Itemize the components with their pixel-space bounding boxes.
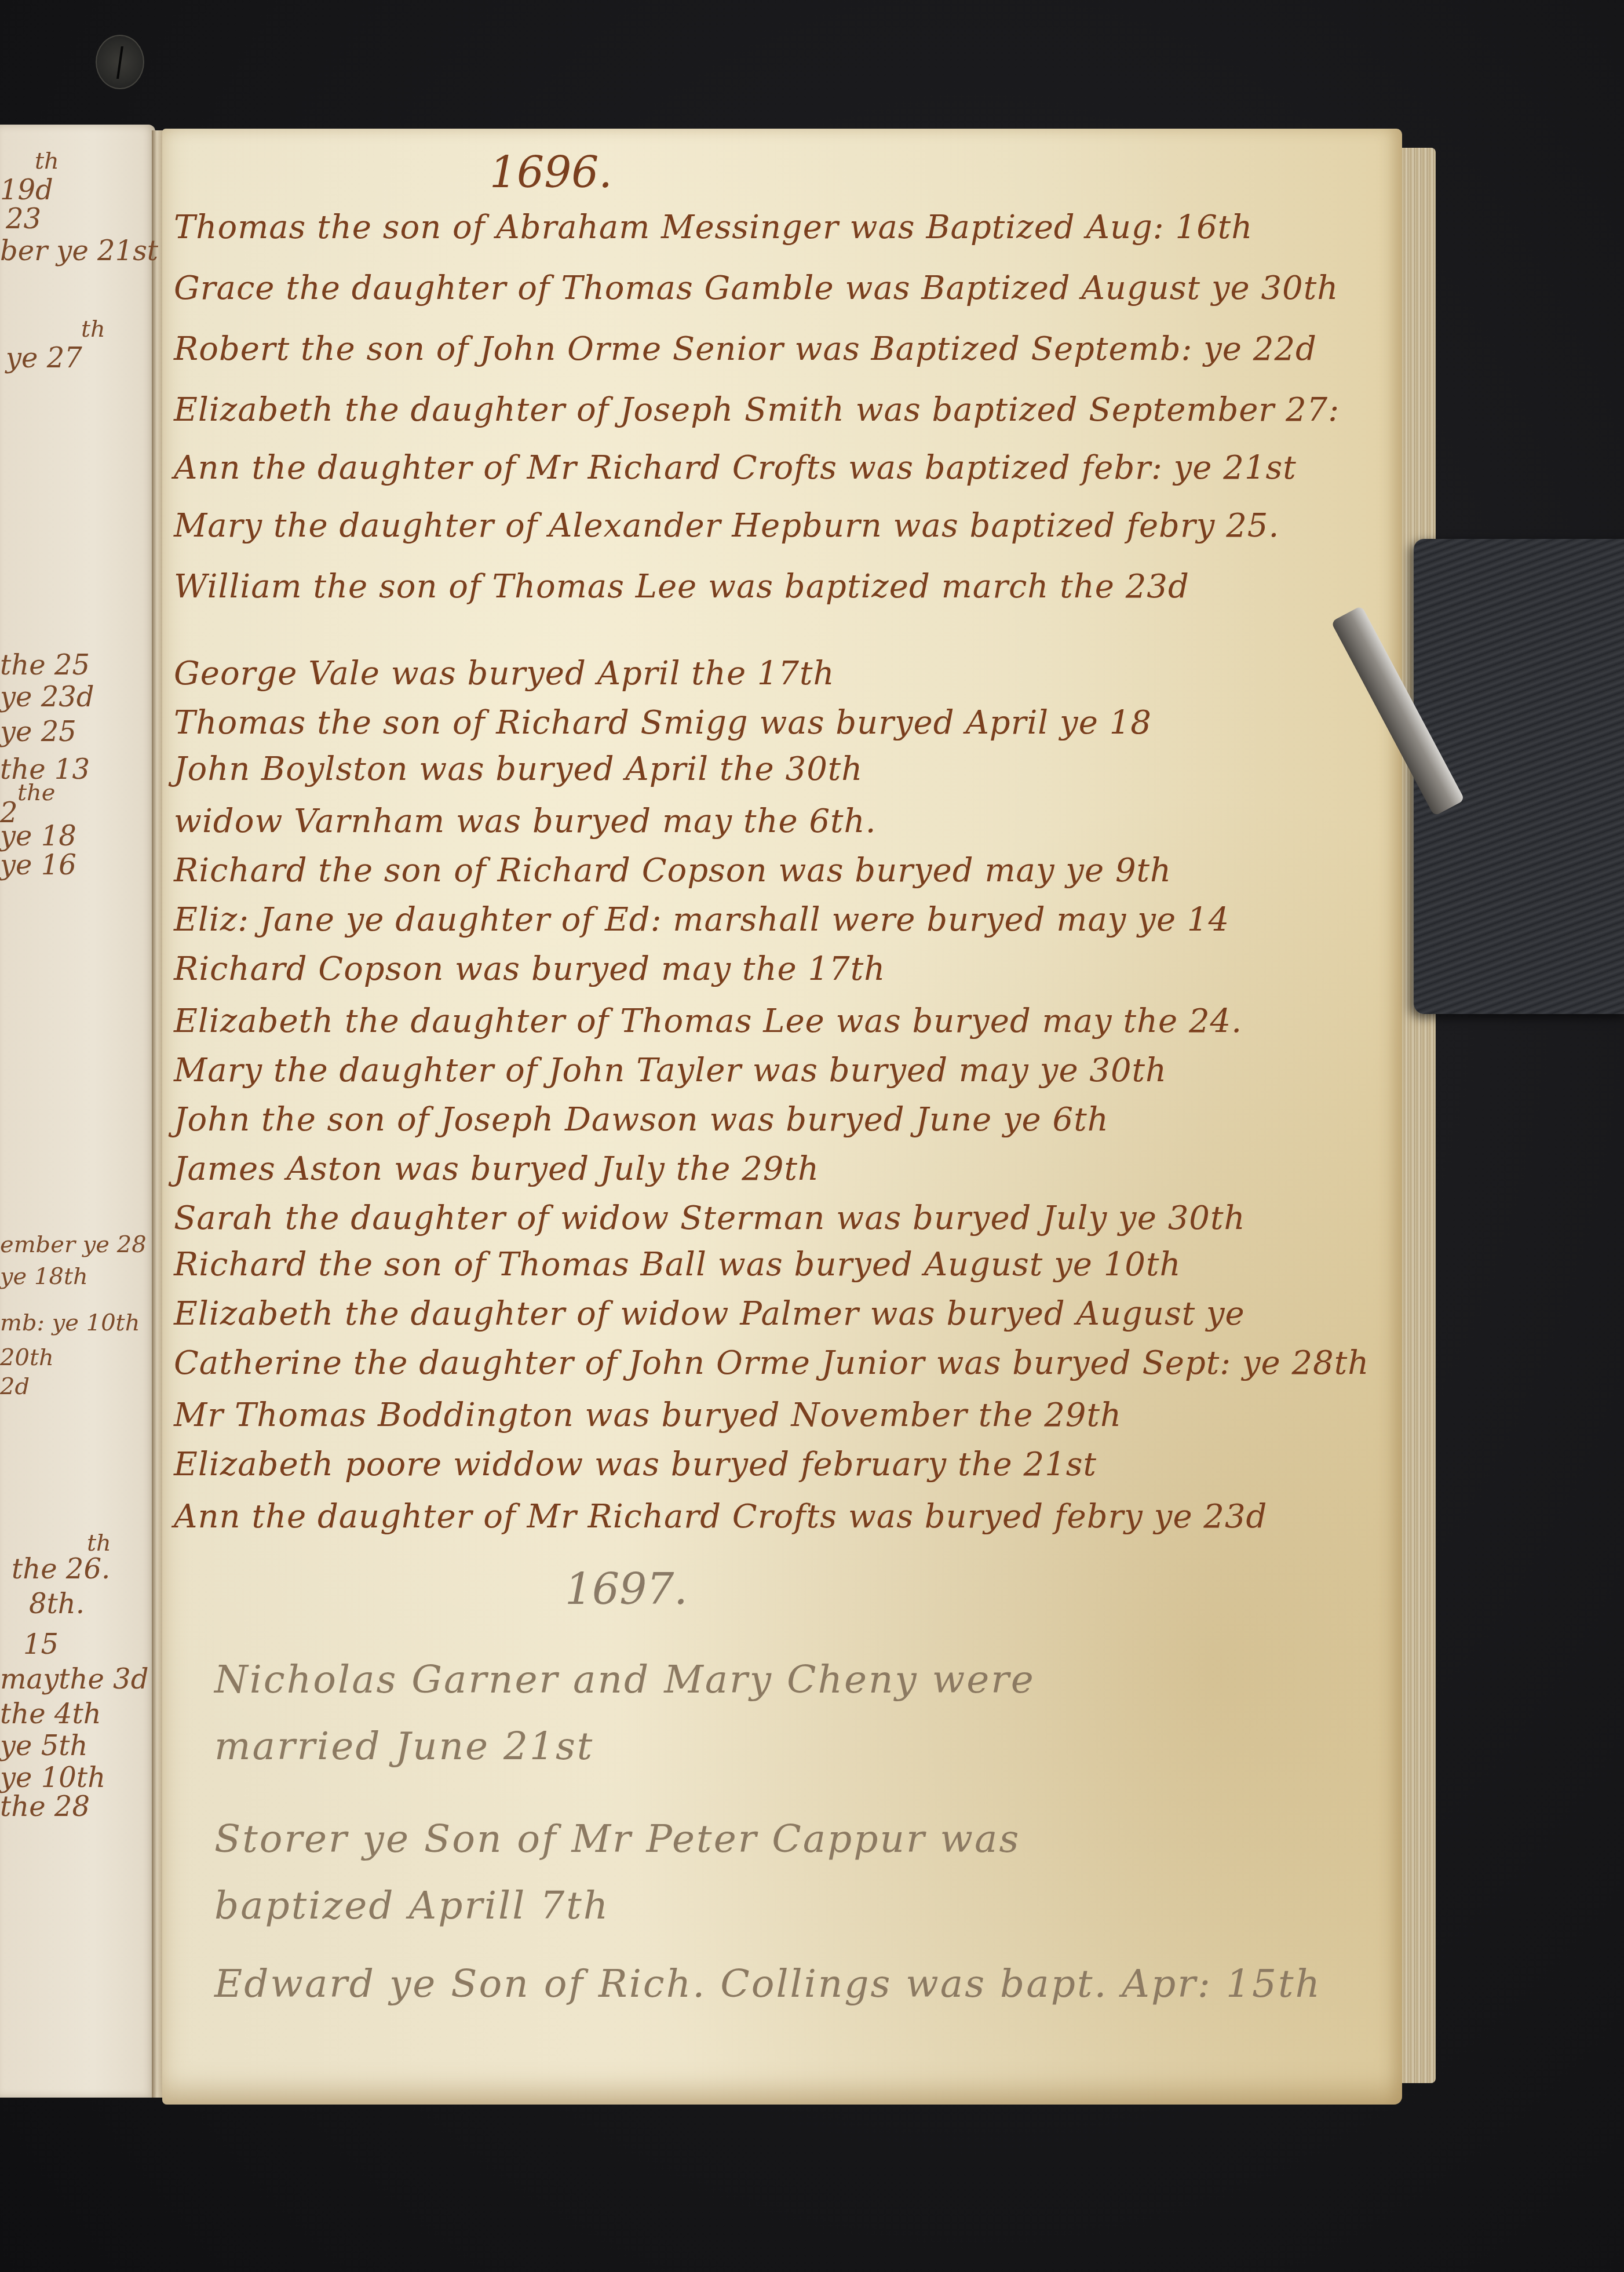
margin-note: ber ye 21st [0, 235, 158, 267]
margin-note: 2d [0, 1373, 30, 1400]
baptism-entry: Elizabeth the daughter of Joseph Smith w… [174, 391, 1340, 429]
burial-entry: John Boylston was buryed April the 30th [174, 750, 863, 788]
margin-note: mb: ye 10th [0, 1310, 140, 1336]
burial-entry: Richard the son of Richard Copson was bu… [174, 852, 1172, 889]
baptism-entry: Mary the daughter of Alexander Hepburn w… [174, 507, 1279, 545]
margin-note: 8th. [29, 1588, 85, 1620]
burial-entry: Catherine the daughter of John Orme Juni… [174, 1344, 1369, 1382]
year-heading-1696: 1696. [490, 148, 612, 198]
burial-entry: Elizabeth the daughter of widow Palmer w… [174, 1295, 1245, 1333]
baptism-entry: Ann the daughter of Mr Richard Crofts wa… [174, 449, 1297, 487]
baptism-entry-1697-continued: baptized Aprill 7th [214, 1883, 610, 1928]
marriage-entry: Nicholas Garner and Mary Cheny were [214, 1657, 1035, 1702]
burial-entry: Elizabeth poore widdow was buryed februa… [174, 1446, 1097, 1483]
margin-note: the 26. [12, 1553, 110, 1585]
margin-note: the [17, 779, 56, 806]
margin-note: 15 [23, 1628, 59, 1661]
book-clip [1362, 539, 1624, 1049]
marriage-entry-continued: married June 21st [214, 1724, 594, 1768]
margin-note: the 4th [0, 1698, 101, 1730]
burial-entry: Mary the daughter of John Tayler was bur… [174, 1052, 1167, 1089]
burial-entry: Richard the son of Thomas Ball was burye… [174, 1246, 1181, 1283]
margin-note: ye 23d [0, 681, 94, 713]
margin-note: the 25 [0, 649, 90, 681]
margin-note: ember ye 28 [0, 1231, 147, 1258]
baptism-entry: Grace the daughter of Thomas Gamble was … [174, 269, 1338, 307]
burial-entry: Eliz: Jane ye daughter of Ed: marshall w… [174, 901, 1229, 939]
margin-note: ye 10th [0, 1762, 105, 1794]
burial-entry: widow Varnham was buryed may the 6th. [174, 803, 876, 840]
baptism-entry: Robert the son of John Orme Senior was B… [174, 330, 1317, 368]
year-heading-1697: 1697. [565, 1564, 688, 1614]
burial-entry: Richard Copson was buryed may the 17th [174, 950, 885, 988]
page-edges [1402, 148, 1436, 2083]
margin-note: ye 18 [0, 820, 76, 852]
margin-note: 19d [0, 174, 53, 206]
burial-entry: George Vale was buryed April the 17th [174, 655, 835, 692]
burial-entry: Thomas the son of Richard Smigg was bury… [174, 704, 1152, 742]
margin-note: th [81, 316, 105, 342]
margin-note: 20th [0, 1344, 54, 1371]
baptism-entry-1697: Edward ye Son of Rich. Collings was bapt… [214, 1961, 1322, 2006]
baptism-entry: Thomas the son of Abraham Messinger was … [174, 209, 1253, 246]
burial-entry: John the son of Joseph Dawson was buryed… [174, 1101, 1109, 1139]
burial-entry: Ann the daughter of Mr Richard Crofts wa… [174, 1498, 1267, 1536]
margin-note: ye 18th [0, 1263, 88, 1290]
margin-note: ye 16 [0, 849, 76, 881]
baptism-entry: William the son of Thomas Lee was baptiz… [174, 568, 1189, 606]
burial-entry: Mr Thomas Boddington was buryed November… [174, 1396, 1122, 1434]
baptism-entry-1697: Storer ye Son of Mr Peter Cappur was [214, 1817, 1020, 1861]
burial-entry: Elizabeth the daughter of Thomas Lee was… [174, 1002, 1242, 1040]
margin-note: maythe 3d [0, 1663, 148, 1695]
screw-icon [96, 35, 144, 89]
margin-note: ye 5th [0, 1730, 88, 1762]
burial-entry: James Aston was buryed July the 29th [174, 1150, 819, 1188]
margin-note: ye 25 [0, 716, 76, 748]
burial-entry: Sarah the daughter of widow Sterman was … [174, 1199, 1245, 1237]
margin-note: 23 [6, 203, 41, 235]
margin-note: ye 27 [6, 342, 82, 374]
margin-note: th [35, 148, 59, 174]
margin-note: the 28 [0, 1790, 90, 1823]
